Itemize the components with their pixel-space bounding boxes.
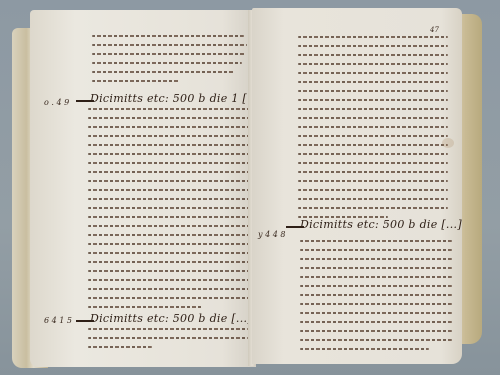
left-main-paragraph <box>88 108 252 315</box>
entry-heading: Dicimitts etc: 500 b die 1 [...] <box>90 92 263 105</box>
left-top-paragraph <box>92 35 250 89</box>
left-page: Dicimitts etc: 500 b die 1 [...] o . 4 9… <box>30 10 256 367</box>
right-top-paragraph <box>298 36 448 225</box>
entry-heading: Dicimitts etc: 500 b die [...] <box>300 218 462 231</box>
margin-note: y 4 4 8 <box>258 230 285 239</box>
margin-note: 6 4 1 5 <box>44 316 72 325</box>
folio-number: 47 <box>430 26 439 34</box>
left-bottom-paragraph <box>88 328 248 355</box>
paper-stain <box>442 138 454 148</box>
margin-note: o . 4 9 <box>44 98 69 107</box>
entry-heading: Dicimitts etc: 500 b die [...] <box>90 312 252 325</box>
right-page: 47 Dicimitts etc: 500 b die [...] y 4 4 … <box>252 8 462 364</box>
right-bottom-paragraph <box>300 240 452 357</box>
